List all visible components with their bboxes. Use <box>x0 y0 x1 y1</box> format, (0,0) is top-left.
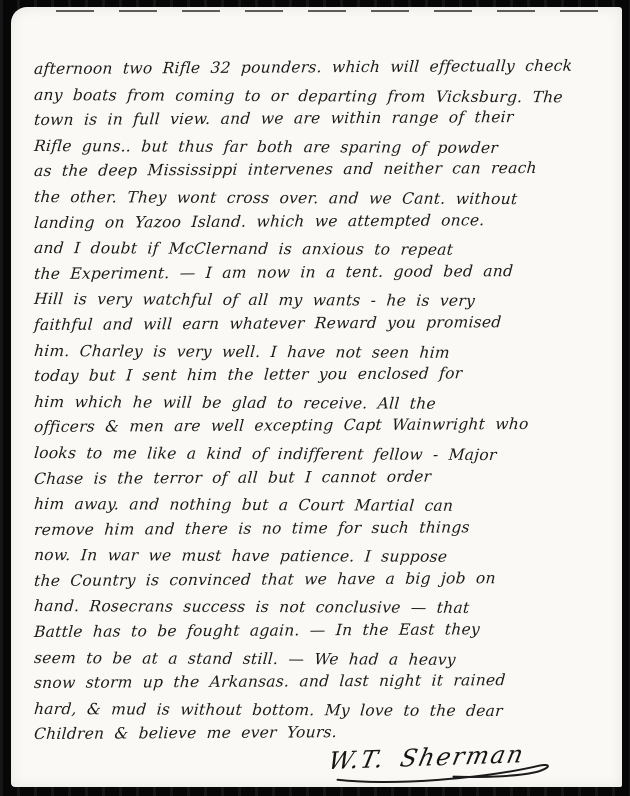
handwritten-line: snow storm up the Arkansas. and last nig… <box>33 668 613 697</box>
handwritten-line: as the deep Mississippi intervenes and n… <box>33 156 613 185</box>
handwritten-line: the Country is convinced that we have a … <box>33 565 613 594</box>
handwritten-line: officers & men are well excepting Capt W… <box>33 412 613 441</box>
handwritten-line: Chase is the terror of all but I cannot … <box>33 463 613 492</box>
handwritten-line: landing on Yazoo Island. which we attemp… <box>33 207 613 236</box>
letter-body: afternoon two Rifle 32 pounders. which w… <box>34 57 612 748</box>
handwritten-line: Battle has to be fought again. — In the … <box>33 617 613 646</box>
handwritten-line: faithful and will earn whatever Reward y… <box>33 309 613 338</box>
handwritten-line: afternoon two Rifle 32 pounders. which w… <box>33 53 613 82</box>
signature: W.T. Sherman <box>328 739 559 787</box>
handwritten-line: today but I sent him the letter you encl… <box>33 361 613 390</box>
handwritten-line: the Experiment. — I am now in a tent. go… <box>33 258 613 287</box>
handwritten-line: remove him and there is no time for such… <box>33 514 613 543</box>
scan-frame: afternoon two Rifle 32 pounders. which w… <box>0 0 630 796</box>
handwritten-line: town is in full view. and we are within … <box>33 105 613 134</box>
letter-page: afternoon two Rifle 32 pounders. which w… <box>11 7 622 787</box>
